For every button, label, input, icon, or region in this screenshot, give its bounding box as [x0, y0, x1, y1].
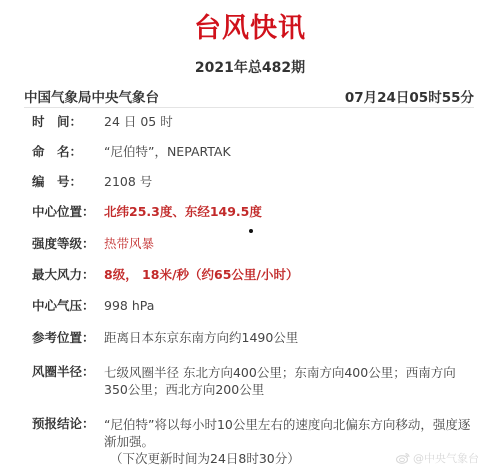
row-reference-position: 参考位置： 距离日本东京东南方向约1490公里: [32, 330, 298, 346]
row-value: 距离日本东京东南方向约1490公里: [104, 330, 298, 346]
agency-name: 中国气象局中央气象台: [24, 86, 159, 106]
row-max-wind: 最大风力： 8级， 18米/秒（约65公里/小时）: [32, 267, 298, 283]
row-value: 热带风暴: [104, 236, 154, 252]
row-center-position: 中心位置： 北纬25.3度、东经149.5度: [32, 204, 262, 220]
row-label: 最大风力：: [32, 267, 104, 283]
row-intensity: 强度等级： 热带风暴: [32, 236, 154, 252]
issue-number: 2021年总482期: [0, 57, 500, 77]
row-name: 命 名： “尼伯特”，NEPARTAK: [32, 144, 231, 160]
row-label: 编 号：: [32, 174, 104, 190]
row-label: 强度等级：: [32, 236, 104, 252]
row-label: 中心位置：: [32, 204, 104, 220]
row-value: 24 日 05 时: [104, 114, 173, 130]
issue-datetime: 07月24日05时55分: [345, 86, 474, 106]
row-value: 8级， 18米/秒（约65公里/小时）: [104, 267, 298, 283]
row-label: 预报结论：: [32, 416, 104, 467]
stray-dot: [249, 229, 253, 233]
watermark: @中央气象台: [396, 450, 479, 466]
row-value: 北纬25.3度、东经149.5度: [104, 204, 262, 220]
typhoon-bulletin: 台风快讯 2021年总482期 中国气象局中央气象台 07月24日05时55分 …: [0, 0, 500, 472]
row-pressure: 中心气压： 998 hPa: [32, 298, 154, 314]
row-wind-radius: 风圈半径： 七级风圈半径 东北方向400公里；东南方向400公里；西南方向350…: [32, 364, 472, 398]
row-number: 编 号： 2108 号: [32, 174, 152, 190]
row-time: 时 间： 24 日 05 时: [32, 114, 173, 130]
row-label: 参考位置：: [32, 330, 104, 346]
row-value: 2108 号: [104, 174, 152, 190]
row-label: 中心气压：: [32, 298, 104, 314]
row-value: 998 hPa: [104, 298, 154, 314]
watermark-text: @中央气象台: [413, 450, 479, 466]
row-label: 风圈半径：: [32, 364, 104, 398]
row-label: 命 名：: [32, 144, 104, 160]
bulletin-title: 台风快讯: [0, 6, 500, 45]
row-label: 时 间：: [32, 114, 104, 130]
row-value: “尼伯特”，NEPARTAK: [104, 144, 231, 160]
weibo-icon: [396, 452, 410, 464]
forecast-text: “尼伯特”将以每小时10公里左右的速度向北偏东方向移动，强度逐渐加强。: [104, 416, 472, 450]
bulletin-header: 中国气象局中央气象台 07月24日05时55分: [24, 84, 474, 108]
row-value: 七级风圈半径 东北方向400公里；东南方向400公里；西南方向350公里；西北方…: [104, 364, 472, 398]
